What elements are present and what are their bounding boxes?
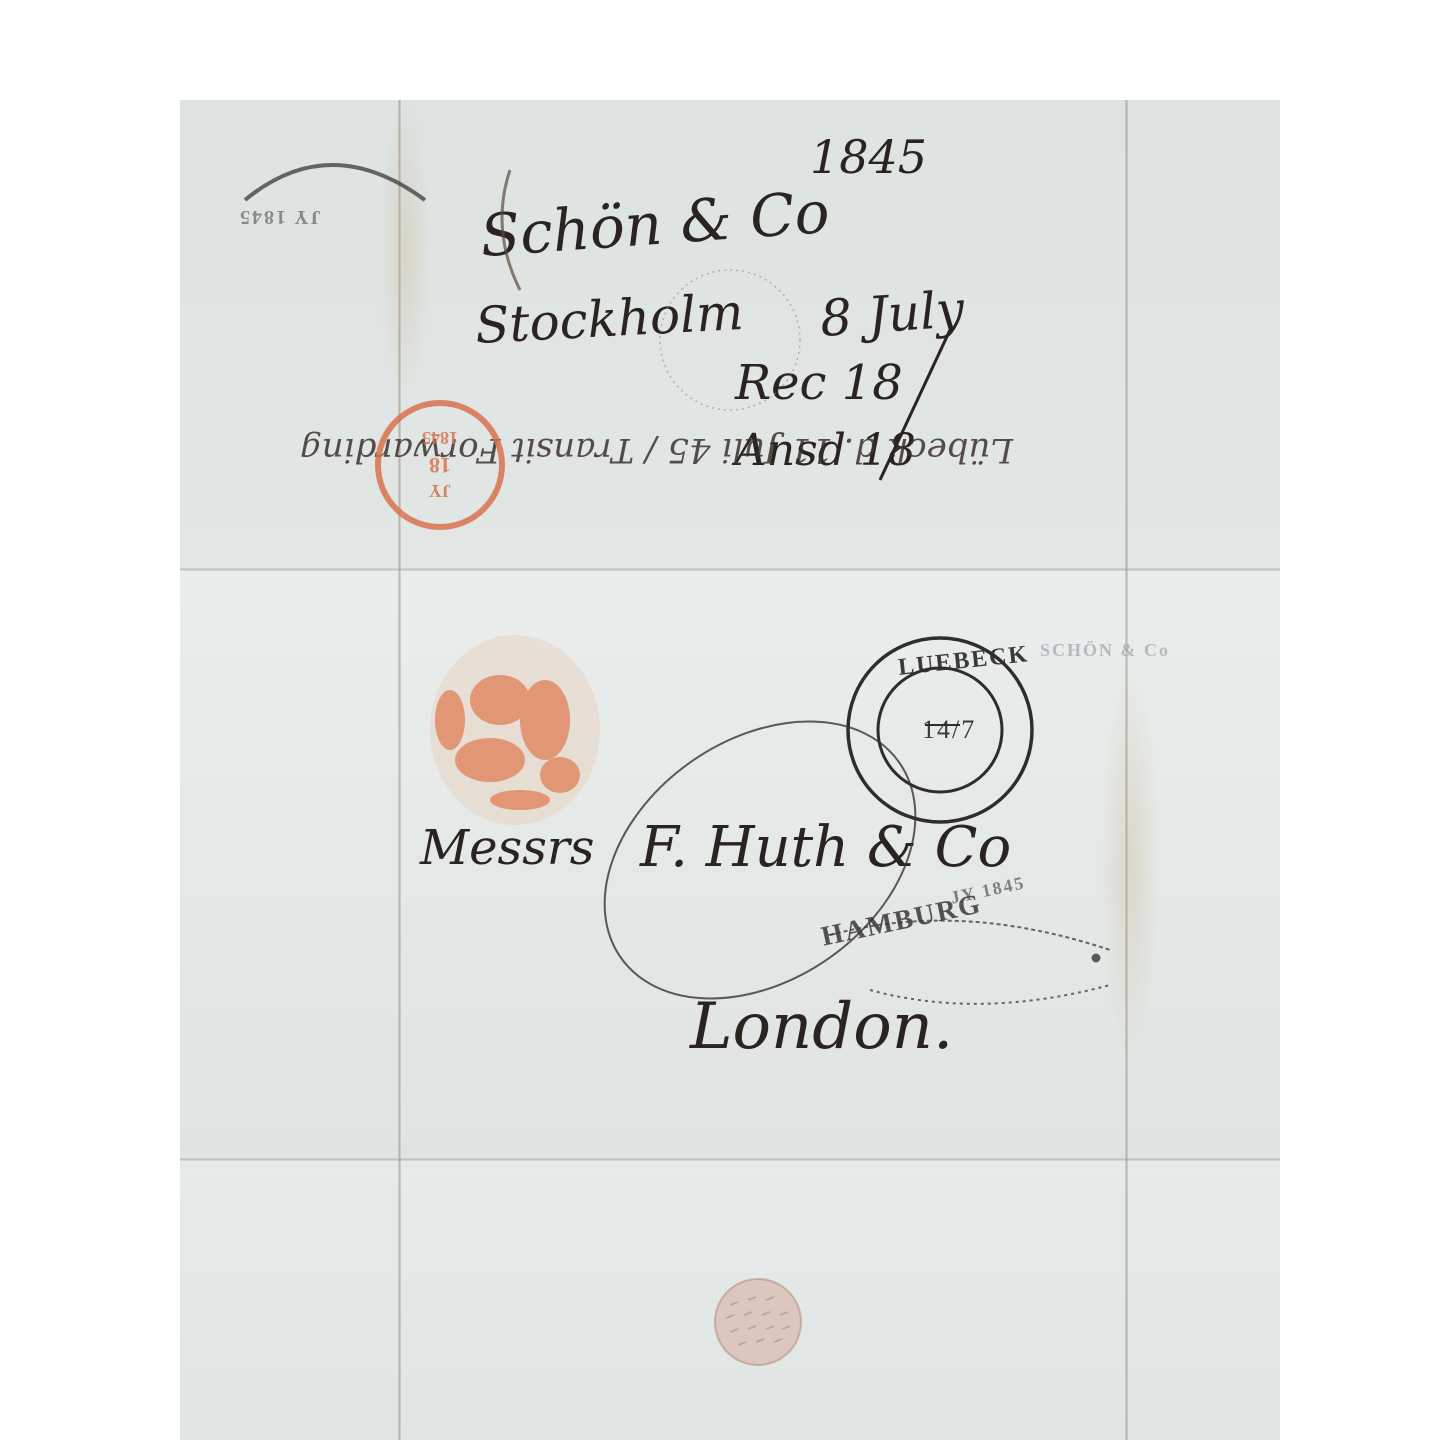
address-city: London. bbox=[690, 990, 953, 1064]
forwarder-cachet: SCHÖN & Co bbox=[1040, 640, 1170, 661]
horizontal-fold-lower bbox=[180, 1158, 1280, 1161]
sender-date: 8 July bbox=[818, 280, 966, 348]
top-left-postmark-text: JY 1845 bbox=[238, 205, 321, 228]
addressee-name: F. Huth & Co bbox=[640, 815, 1011, 880]
year-docket: 1845 bbox=[810, 130, 927, 184]
inverted-transit-note: Lübeck d. 11 Juli 45 / Transit Forwardin… bbox=[300, 430, 1013, 470]
foxing-stain bbox=[1100, 660, 1160, 1060]
foxing-stain-left bbox=[380, 100, 430, 400]
bottom-panel bbox=[180, 1160, 1280, 1440]
received-date: Rec 18 bbox=[735, 355, 903, 411]
lubeck-postmark-date: 14/7 bbox=[922, 715, 976, 745]
address-salutation: Messrs bbox=[420, 820, 594, 876]
horizontal-fold-upper bbox=[180, 568, 1280, 571]
